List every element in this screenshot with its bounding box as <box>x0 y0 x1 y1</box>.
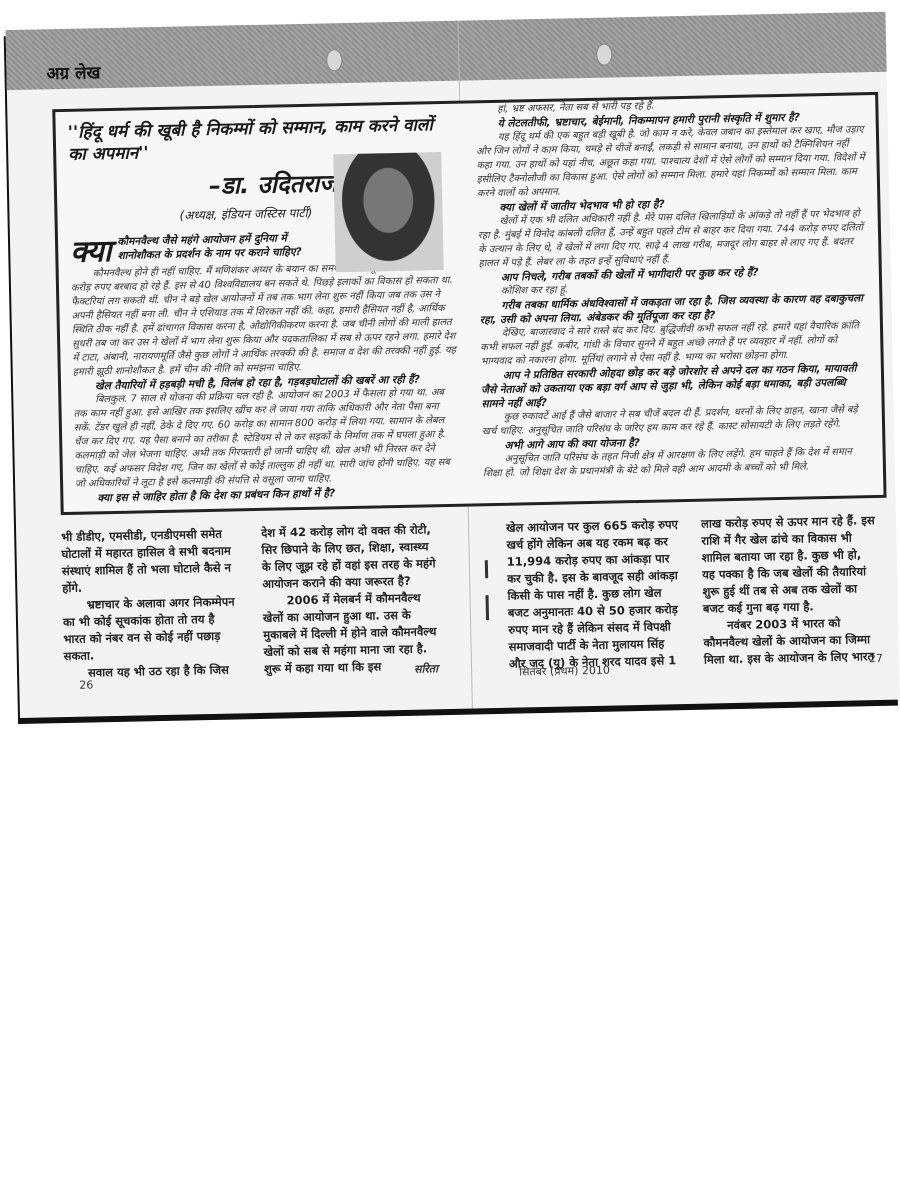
interview-box: ''हिंदू धर्म की खूबी है निकम्मों को सम्म… <box>52 92 886 515</box>
body-column-3: खेल आयोजन पर कुल 665 करोड़ रुपए खर्च हों… <box>506 516 684 673</box>
answer: बिलकुल. 7 साल से योजना की प्रक्रिया चल र… <box>73 386 460 492</box>
publication-name: सरिता <box>414 661 438 676</box>
section-label: अग्र लेख <box>46 60 100 84</box>
scan-mark <box>486 595 490 620</box>
body-paragraph: 2006 में मेलबर्न में कौमनवैल्थ खेलों का … <box>262 589 439 678</box>
answer: खेलों में एक भी दलित अधिकारी नहीं है. मे… <box>478 207 869 271</box>
page-number-left: 26 <box>79 678 93 691</box>
body-paragraph: लाख करोड़ रुपए से ऊपर मान रहे हैं. इस रा… <box>701 512 878 618</box>
body-paragraph: नवंबर 2003 में भारत को कौमनवैल्थ खेलों क… <box>703 614 879 669</box>
body-paragraph: खेल आयोजन पर कुल 665 करोड़ रुपए खर्च हों… <box>506 516 684 673</box>
header-band <box>6 12 887 90</box>
issue-date: सितंबर (प्रथम) 2010 <box>519 663 610 680</box>
body-column-1: भी डीडीए, एमसीडी, एनडीएमसी समेत घोटालों … <box>61 525 239 682</box>
body-column-2: देश में 42 करोड़ लोग दो वक्त की रोटी, सि… <box>261 521 439 678</box>
body-paragraph: देश में 42 करोड़ लोग दो वक्त की रोटी, सि… <box>261 521 437 593</box>
interview-intro: क्या कौमनवैल्थ जैसे महंगे आयोजन हमें दुन… <box>70 231 321 264</box>
author-photo <box>333 152 443 272</box>
drop-word: क्या <box>70 237 112 268</box>
body-paragraph: भ्रष्टाचार के अलावा अगर निकम्मेपन का भी … <box>62 593 238 665</box>
answer: यह हिंदू धर्म की एक बहुत बड़ी खूबी है. ज… <box>476 123 867 201</box>
scan-mark <box>485 560 488 578</box>
answer: कौमनवैल्थ होने ही नहीं चाहिए. मैं मणिशंक… <box>71 260 458 380</box>
interview-right-column: हां, भ्रष्ट अफसर, नेता सब से भारी पड़ रह… <box>475 95 873 481</box>
scanned-magazine-spread: अग्र लेख ''हिंदू धर्म की खूबी है निकम्मो… <box>6 12 900 718</box>
body-paragraph: भी डीडीए, एमसीडी, एनडीएमसी समेत घोटालों … <box>61 525 237 597</box>
interview-left-column: ''हिंदू धर्म की खूबी है निकम्मों को सम्म… <box>68 114 461 506</box>
body-column-4: लाख करोड़ रुपए से ऊपर मान रहे हैं. इस रा… <box>701 512 879 669</box>
page-number-right: 27 <box>869 652 883 665</box>
